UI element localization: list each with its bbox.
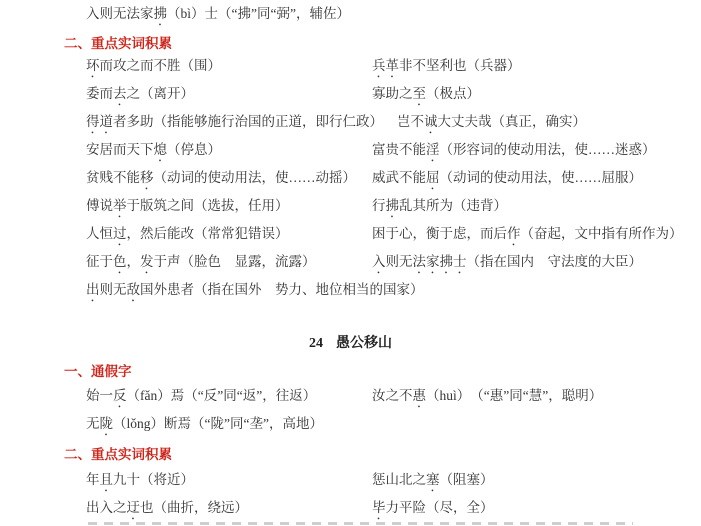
entry-right: 富贵不能淫（形容词的使动用法，使……迷惑） <box>372 136 656 164</box>
entry-right: 威武不能屈（动词的使动用法，使……屈服） <box>372 164 642 192</box>
entry-left: 出入之迂也（曲折，绕远） <box>86 494 358 522</box>
cutoff-text-strip <box>88 522 633 525</box>
entry-row: 出入之迂也（曲折，绕远）毕力平险（尽，全） <box>0 494 701 522</box>
entry-right: 毕力平险（尽，全） <box>372 494 494 522</box>
section-heading-shici-1: 二、重点实词积累 <box>64 34 172 54</box>
entry-row: 委而去之（离开）寡助之至（极点） <box>0 80 701 108</box>
entry-row: 贫贱不能移（动词的使动用法，使……动摇）威武不能屈（动词的使动用法，使……屈服） <box>0 164 701 192</box>
section-heading-tongjiazi: 一、通假字 <box>64 362 132 382</box>
entry-left: 出则无敌国外患者（指在国外 势力、地位相当的国家） <box>86 276 424 304</box>
entry-row: 始一反（fǎn）焉（“反”同“返”，往返）汝之不惠（huì） （“惠”同“慧”，… <box>0 382 701 410</box>
entry-row: 环而攻之而不胜（围）兵革非不坚利也（兵器） <box>0 52 701 80</box>
entry-row: 傅说举于版筑之间（选拔，任用）行拂乱其所为（违背） <box>0 192 701 220</box>
entry-row: 年且九十（将近）惩山北之塞（阻塞） <box>0 466 701 494</box>
entry-left: 委而去之（离开） <box>86 80 358 108</box>
entry-rows-tongjiazi: 始一反（fǎn）焉（“反”同“返”，往返）汝之不惠（huì） （“惠”同“慧”，… <box>0 382 701 438</box>
entry-row: 无陇（lǒng）断焉（“陇”同“垄”，高地） <box>0 410 701 438</box>
entry-right: 寡助之至（极点） <box>372 80 480 108</box>
entry-row: 征于色，发于声（脸色 显露，流露）入则无法家拂士（指在国内 守法度的大臣） <box>0 248 701 276</box>
entry-left: 傅说举于版筑之间（选拔，任用） <box>86 192 358 220</box>
entry-rows-shici-2: 年且九十（将近）惩山北之塞（阻塞）出入之迂也（曲折，绕远）毕力平险（尽，全） <box>0 466 701 522</box>
lesson-name: 愚公移山 <box>336 336 392 351</box>
entry-right: 岂不诚大丈夫哉（真正，确实） <box>397 108 586 136</box>
entry-left: 无陇（lǒng）断焉（“陇”同“垄”，高地） <box>86 410 358 438</box>
entry-left: 环而攻之而不胜（围） <box>86 52 358 80</box>
entry-right: 困于心，衡于虑，而后作（奋起，文中指有所作为） <box>372 220 683 248</box>
entry-left: 得道者多助（指能够施行治国的正道，即行仁政） <box>86 108 383 136</box>
entry-left: 征于色，发于声（脸色 显露，流露） <box>86 248 358 276</box>
entry-rows-shici-1: 环而攻之而不胜（围）兵革非不坚利也（兵器）委而去之（离开）寡助之至（极点）得道者… <box>0 52 701 304</box>
entry-left: 始一反（fǎn）焉（“反”同“返”，往返） <box>86 382 358 410</box>
entry-left: 贫贱不能移（动词的使动用法，使……动摇） <box>86 164 358 192</box>
entry-right: 惩山北之塞（阻塞） <box>372 466 494 494</box>
section-heading-shici-2: 二、重点实词积累 <box>64 445 172 465</box>
entry-row: 人恒过，然后能改（常常犯错误）困于心，衡于虑，而后作（奋起，文中指有所作为） <box>0 220 701 248</box>
entry-row: 得道者多助（指能够施行治国的正道，即行仁政）岂不诚大丈夫哉（真正，确实） <box>0 108 701 136</box>
entry-right: 兵革非不坚利也（兵器） <box>372 52 521 80</box>
document-page: 入则无法家拂（bì）士（“拂”同“弼”，辅佐） 二、重点实词积累 环而攻之而不胜… <box>0 0 701 526</box>
entry-row: 出则无敌国外患者（指在国外 势力、地位相当的国家） <box>0 276 701 304</box>
entry-left: 安居而天下熄（停息） <box>86 136 358 164</box>
entry-left: 人恒过，然后能改（常常犯错误） <box>86 220 358 248</box>
lesson-number: 24 <box>309 336 323 351</box>
entry-left: 年且九十（将近） <box>86 466 358 494</box>
lesson-title: 24愚公移山 <box>0 334 701 354</box>
top-note-line: 入则无法家拂（bì）士（“拂”同“弼”，辅佐） <box>86 4 350 29</box>
entry-right: 汝之不惠（huì） （“惠”同“慧”，聪明） <box>372 382 602 410</box>
entry-right: 入则无法家拂士（指在国内 守法度的大臣） <box>372 248 642 276</box>
entry-right: 行拂乱其所为（违背） <box>372 192 507 220</box>
entry-row: 安居而天下熄（停息）富贵不能淫（形容词的使动用法，使……迷惑） <box>0 136 701 164</box>
